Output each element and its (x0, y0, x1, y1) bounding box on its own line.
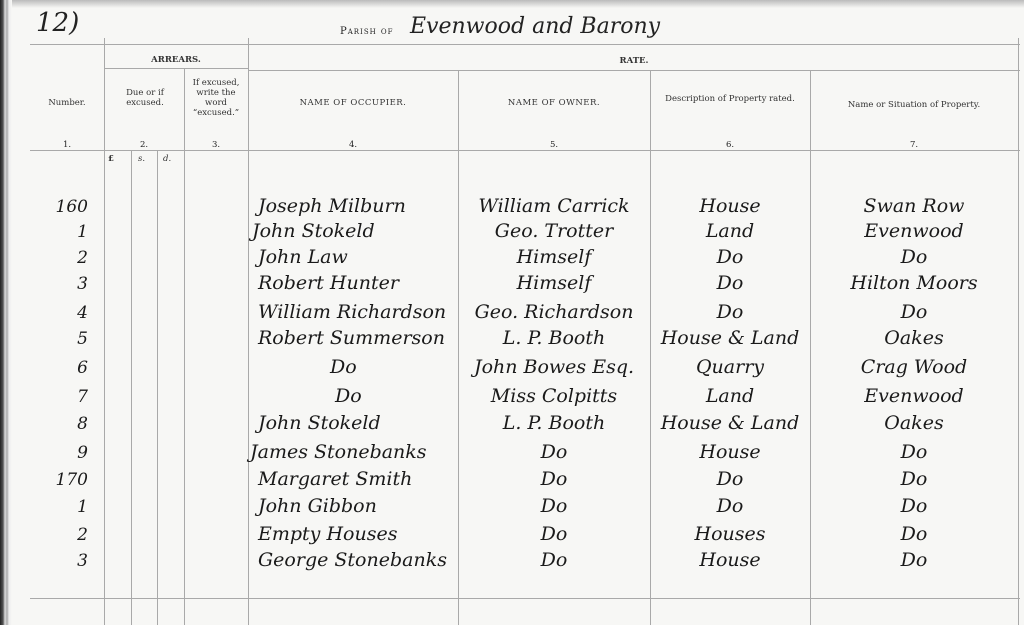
row-number: 160 (28, 197, 88, 217)
occupier-name: John Stokeld (258, 412, 381, 434)
column-number-4: 4. (248, 140, 458, 150)
property-situation: Hilton Moors (810, 272, 1018, 294)
owner-name: Do (458, 468, 650, 490)
owner-name: William Carrick (458, 195, 650, 217)
property-description: Do (650, 272, 810, 294)
property-description: House & Land (650, 412, 810, 434)
row-number: 1 (28, 497, 88, 517)
property-description: House (650, 549, 810, 571)
column-number-1: 1. (30, 140, 104, 150)
rule-header-bottom (30, 150, 1020, 151)
header-description: Description of Property rated. (660, 94, 800, 104)
col-divider-shillings (157, 150, 158, 625)
rule-bottom (30, 598, 1020, 599)
column-number-7: 7. (810, 140, 1018, 150)
property-description: Quarry (650, 356, 810, 378)
owner-name: John Bowes Esq. (458, 356, 650, 378)
owner-name: Miss Colpitts (458, 385, 650, 407)
book-spine-edge (0, 0, 12, 625)
owner-name: Do (458, 495, 650, 517)
property-situation: Do (810, 246, 1018, 268)
owner-name: Geo. Richardson (458, 301, 650, 323)
page-top-shadow (0, 0, 1024, 8)
property-description: Land (650, 220, 810, 242)
property-situation: Do (810, 495, 1018, 517)
col-divider-3 (248, 38, 249, 625)
owner-name: Geo. Trotter (458, 220, 650, 242)
row-number: 9 (28, 443, 88, 463)
row-number: 3 (28, 551, 88, 571)
rule-arrears (104, 68, 248, 69)
occupier-name: Do (335, 385, 362, 407)
header-situation: Name or Situation of Property. (810, 100, 1018, 110)
owner-name: L. P. Booth (458, 412, 650, 434)
row-number: 6 (28, 358, 88, 378)
property-situation: Do (810, 441, 1018, 463)
col-divider-2 (184, 68, 185, 625)
ledger-page: 12) Parish of Evenwood and Barony ARREAR… (0, 0, 1024, 625)
row-number: 1 (28, 222, 88, 242)
column-number-6: 6. (650, 140, 810, 150)
rule-rate (248, 70, 1020, 71)
currency-pence: d. (163, 154, 171, 164)
property-description: Houses (650, 523, 810, 545)
column-number-5: 5. (458, 140, 650, 150)
header-owner: NAME OF OWNER. (458, 98, 650, 108)
property-description: House (650, 441, 810, 463)
col-divider-1 (104, 38, 105, 625)
header-rate: RATE. (248, 56, 1020, 66)
property-situation: Crag Wood (810, 356, 1018, 378)
property-situation: Do (810, 468, 1018, 490)
column-number-3: 3. (184, 140, 248, 150)
parish-name: Evenwood and Barony (410, 14, 660, 39)
property-situation: Oakes (810, 412, 1018, 434)
occupier-name: Joseph Milburn (258, 195, 406, 217)
property-situation: Evenwood (810, 385, 1018, 407)
row-number: 8 (28, 414, 88, 434)
owner-name: L. P. Booth (458, 327, 650, 349)
occupier-name: John Stokeld (252, 220, 375, 242)
occupier-name: Margaret Smith (258, 468, 412, 490)
row-number: 5 (28, 329, 88, 349)
property-description: Land (650, 385, 810, 407)
header-number: Number. (30, 98, 104, 108)
currency-pounds: £ (108, 154, 114, 164)
property-situation: Oakes (810, 327, 1018, 349)
row-number: 2 (28, 248, 88, 268)
currency-shillings: s. (138, 154, 145, 164)
rule-top (30, 44, 1020, 45)
property-description: Do (650, 468, 810, 490)
property-situation: Do (810, 301, 1018, 323)
row-number: 4 (28, 303, 88, 323)
property-description: Do (650, 301, 810, 323)
owner-name: Do (458, 441, 650, 463)
property-description: House & Land (650, 327, 810, 349)
property-situation: Evenwood (810, 220, 1018, 242)
occupier-name: John Gibbon (258, 495, 377, 517)
property-situation: Do (810, 549, 1018, 571)
header-due: Due or if excused. (110, 88, 180, 108)
occupier-name: Empty Houses (258, 523, 397, 545)
owner-name: Himself (458, 246, 650, 268)
property-description: Do (650, 495, 810, 517)
owner-name: Himself (458, 272, 650, 294)
occupier-name: Robert Summerson (258, 327, 445, 349)
occupier-name: Do (330, 356, 357, 378)
header-arrears: ARREARS. (104, 55, 248, 65)
owner-name: Do (458, 549, 650, 571)
col-divider-pounds (131, 150, 132, 625)
property-situation: Do (810, 523, 1018, 545)
row-number: 7 (28, 387, 88, 407)
col-divider-right (1018, 38, 1019, 625)
page-number: 12) (36, 8, 79, 38)
occupier-name: George Stonebanks (258, 549, 447, 571)
property-situation: Swan Row (810, 195, 1018, 217)
header-occupier: NAME OF OCCUPIER. (248, 98, 458, 108)
occupier-name: James Stonebanks (250, 441, 427, 463)
parish-label: Parish of (340, 26, 394, 37)
property-description: Do (650, 246, 810, 268)
property-description: House (650, 195, 810, 217)
row-number: 170 (28, 470, 88, 490)
occupier-name: William Richardson (258, 301, 446, 323)
header-excused: If excused, write the word “excused.” (186, 78, 246, 118)
occupier-name: John Law (258, 246, 348, 268)
occupier-name: Robert Hunter (258, 272, 399, 294)
owner-name: Do (458, 523, 650, 545)
column-number-2: 2. (104, 140, 184, 150)
row-number: 3 (28, 274, 88, 294)
row-number: 2 (28, 525, 88, 545)
